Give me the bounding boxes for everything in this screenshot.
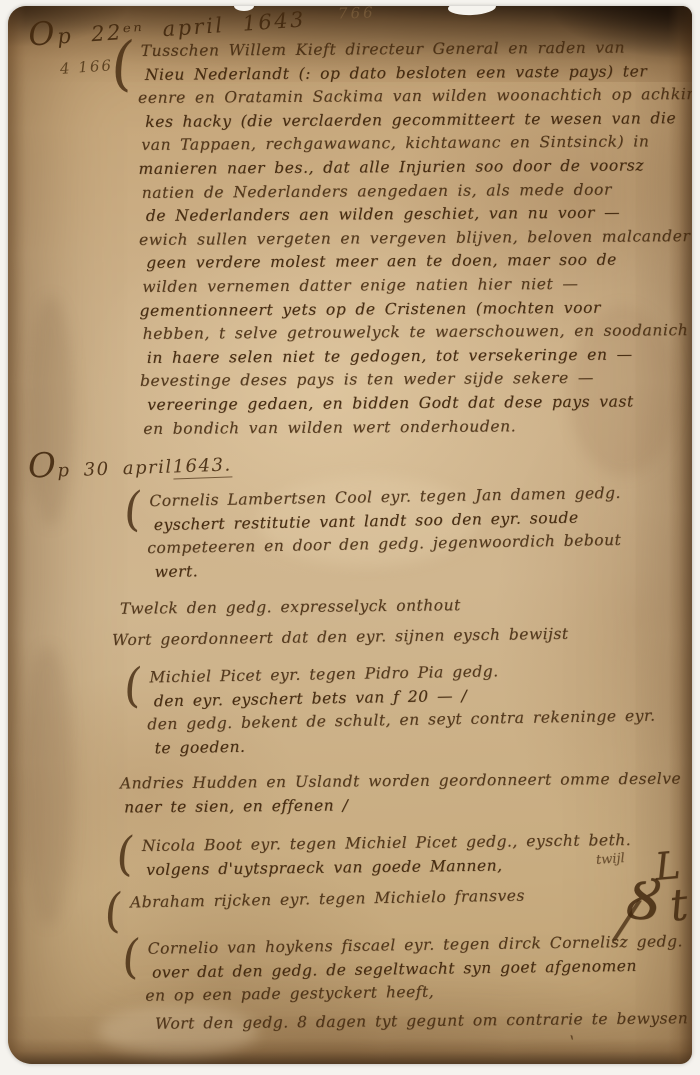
case-picet-vs-pia: Michiel Picet eyr. tegen Pidro Pia gedg.…: [149, 658, 656, 761]
order-hudden-uslandt: Andries Hudden en Uslandt worden geordon…: [120, 768, 682, 820]
entry-2-date-year: 1643.: [172, 454, 232, 479]
ink-flourish-icon: (: [120, 482, 144, 538]
marginal-ink-flourish: Ȣ: [626, 867, 662, 934]
paper-stain: [22, 646, 74, 926]
marginal-ink-flourish: L: [653, 843, 682, 889]
marginal-ink-flourish: `: [561, 1031, 578, 1057]
court-order-line: Wort geordonneert dat den eyr. sijnen ey…: [112, 623, 569, 653]
manuscript-line: naer te sien, en effenen /: [124, 791, 681, 819]
manuscript-line: Abraham rijcken eyr. tegen Michielo fran…: [130, 885, 525, 915]
entry-1-paragraph: Tusschen Willem Kieft directeur General …: [141, 36, 692, 441]
manuscript-line: volgens d'uytspraeck van goede Mannen,: [146, 853, 632, 882]
manuscript-line: Twelck den gedg. expresselyck onthout: [120, 594, 461, 621]
case-fiscael-vs-cornelisz: Cornelio van hoykens fiscael eyr. tegen …: [148, 930, 684, 1008]
archival-margin-note: 4 166: [59, 56, 113, 78]
scan-background: Op 22ᵉⁿ april 1643 766 4 166 Tusschen Wi…: [0, 0, 700, 1075]
paper-edge-chip: [448, 6, 497, 16]
paper-stain: [28, 296, 74, 526]
manuscript-line: Wort den gedg. 8 dagen tyt gegunt om con…: [155, 1007, 688, 1036]
paper-left-edge: [8, 6, 26, 1064]
paper-bottom-edge: [8, 1038, 692, 1064]
folio-number: 766: [338, 6, 376, 23]
case-cool-vs-damen: Cornelis Lambertsen Cool eyr. tegen Jan …: [149, 482, 622, 584]
ink-flourish-icon: (: [119, 929, 143, 985]
ink-flourish-icon: (: [101, 883, 125, 939]
entry-2-date-prefix: Op 30 april: [28, 453, 173, 483]
defendant-denial-line: Twelck den gedg. expresselyck onthout: [120, 594, 461, 621]
manuscript-page: Op 22ᵉⁿ april 1643 766 4 166 Tusschen Wi…: [8, 6, 692, 1064]
ink-flourish-icon: (: [113, 826, 137, 882]
marginal-ink-flourish: t: [667, 879, 690, 932]
court-order-8-days: Wort den gedg. 8 dagen tyt gegunt om con…: [155, 1007, 688, 1036]
entry-2-date-heading: Op 30 april 1643.: [28, 450, 232, 482]
manuscript-line: Wort geordonneert dat den eyr. sijnen ey…: [112, 623, 569, 653]
manuscript-line: en bondich van wilden wert onderhouden.: [143, 414, 691, 441]
case-boot-vs-picet: Nicola Boot eyr. tegen Michiel Picet ged…: [142, 829, 632, 882]
ink-flourish-icon: (: [120, 658, 144, 714]
case-rijcken-vs-fransves: Abraham rijcken eyr. tegen Michielo fran…: [130, 885, 525, 915]
